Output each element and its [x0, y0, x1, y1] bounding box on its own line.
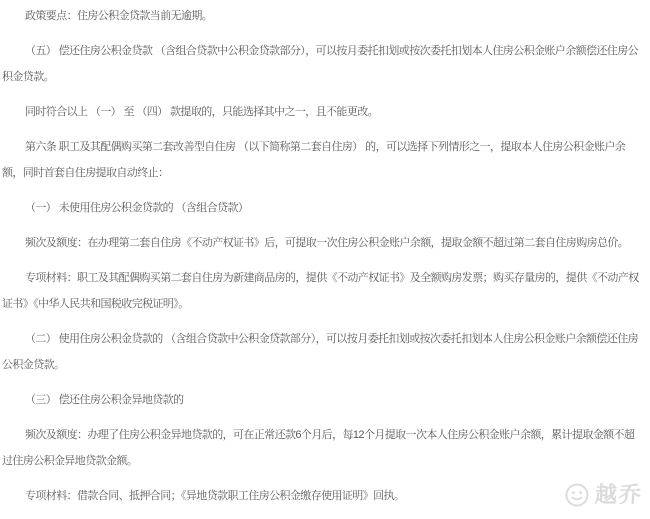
item-1-heading-paragraph: （一） 未使用住房公积金贷款的 （含组合贷款）: [2, 195, 648, 221]
article-page: 政策要点：住房公积金贷款当前无逾期。 （五） 偿还住房公积金贷款 （含组合贷款中…: [0, 0, 650, 519]
frequency-quota-paragraph-1: 频次及额度：在办理第二套自住房《不动产权证书》后，可提取一次住房公积金账户余额，…: [2, 230, 648, 256]
frequency-quota-paragraph-2: 频次及额度：办理了住房公积金异地贷款的，可在正常还款6个月后，每12个月提取一次…: [2, 422, 648, 474]
item-2-paragraph: （二） 使用住房公积金贷款的 （含组合贷款中公积金贷款部分），可以按月委托扣划或…: [2, 326, 648, 378]
article-body: 政策要点：住房公积金贷款当前无逾期。 （五） 偿还住房公积金贷款 （含组合贷款中…: [0, 0, 650, 509]
clause-5-paragraph: （五） 偿还住房公积金贷款 （含组合贷款中公积金贷款部分），可以按月委托扣划或按…: [2, 38, 648, 90]
special-materials-paragraph-2: 专项材料：借款合同、抵押合同；《异地贷款职工住房公积金缴存使用证明》回执。: [2, 483, 648, 509]
selection-rule-paragraph: 同时符合以上 （一） 至 （四） 款提取的，只能选择其中之一，且不能更改。: [2, 99, 648, 125]
policy-highlight-paragraph: 政策要点：住房公积金贷款当前无逾期。: [2, 3, 648, 29]
article-6-paragraph: 第六条 职工及其配偶购买第二套改善型自住房 （以下简称第二套自住房） 的，可以选…: [2, 134, 648, 186]
special-materials-paragraph-1: 专项材料：职工及其配偶购买第二套自住房为新建商品房的，提供《不动产权证书》及全额…: [2, 265, 648, 317]
item-3-heading-paragraph: （三） 偿还住房公积金异地贷款的: [2, 387, 648, 413]
